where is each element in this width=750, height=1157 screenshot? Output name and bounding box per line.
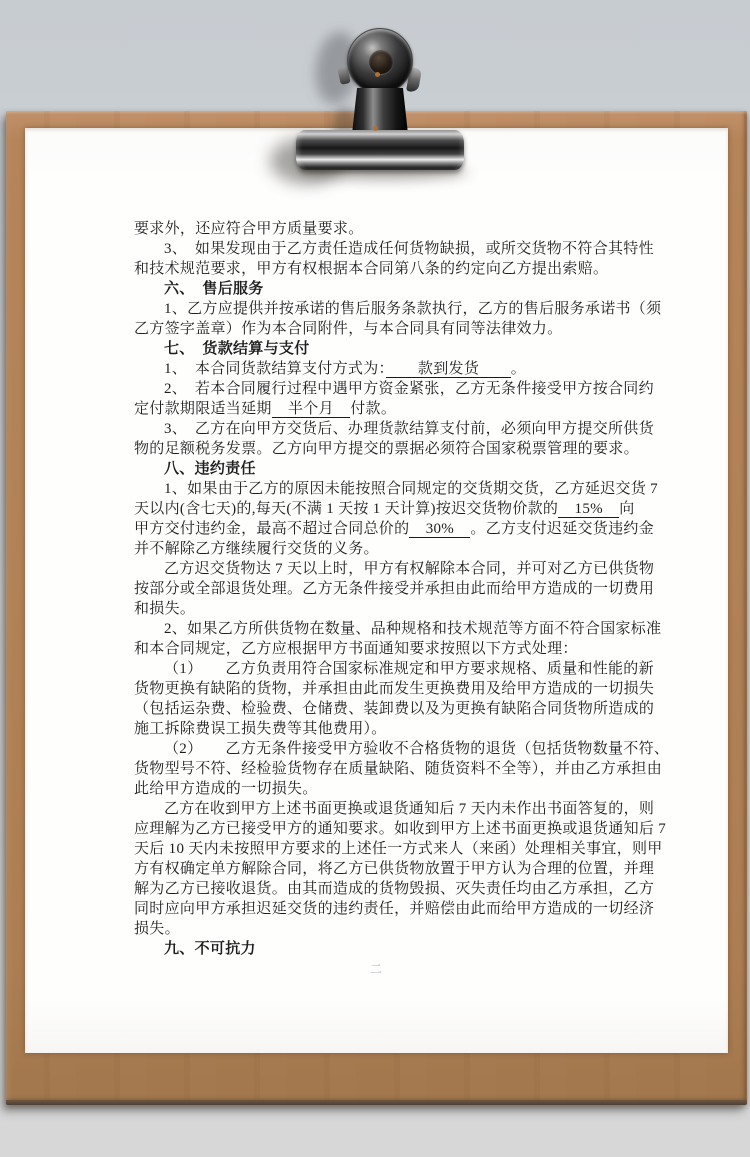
line-text: 同时应向甲方承担迟延交货的违约责任，并赔偿由此而给甲方造成的一切经济 [134,901,654,917]
line-text: （1） 乙方负责用符合国家标准规定和甲方要求规格、质量和性能的新 [164,661,654,677]
line-text: 解为乙方已接收退货。由其而造成的货物毁损、灭失责任均由乙方承担，乙方 [134,881,654,897]
document-line: 六、 售后服务 [134,279,654,299]
line-text: 七、 货款结算与支付 [164,341,310,357]
document-line: 按部分或全部退货处理。乙方无条件接受并承担由此而给甲方造成的一切费用 [134,579,654,599]
line-text: 3、 如果发现由于乙方责任造成任何货物缺损，或所交货物不符合其特性 [164,241,654,257]
document-line: 1、如果由于乙方的原因未能按照合同规定的交货期交货，乙方延迟交货 7 [134,479,654,499]
document-line: 定付款期限适当延期 半个月 付款。 [134,399,654,419]
document-line: 2、 若本合同履行过程中遇甲方资金紧张，乙方无条件接受甲方按合同约 [134,379,654,399]
contract-page: 要求外，还应符合甲方质量要求。3、 如果发现由于乙方责任造成任何货物缺损，或所交… [25,128,728,1053]
filled-blank: 30% [409,521,470,538]
document-line: 方有权确定单方解除合同，将乙方已供货物放置于甲方认为合理的位置，并理 [134,859,654,879]
line-text: 六、 售后服务 [164,281,264,297]
document-line: （1） 乙方负责用符合国家标准规定和甲方要求规格、质量和性能的新 [134,659,654,679]
line-text: 2、如果乙方所供货物在数量、品种规格和技术规范等方面不符合国家标准 [164,621,661,637]
line-text: 按部分或全部退货处理。乙方无条件接受并承担由此而给甲方造成的一切费用 [134,581,654,597]
line-text: 物的足额税务发票。乙方向甲方提交的票据必须符合国家税票管理的要求。 [134,441,639,457]
document-line: 2、如果乙方所供货物在数量、品种规格和技术规范等方面不符合国家标准 [134,619,654,639]
line-text: 乙方签字盖章）作为本合同附件，与本合同具有同等法律效力。 [134,321,562,337]
document-line: 此给甲方造成的一切损失。 [134,779,654,799]
line-text: 天后 10 天内未按照甲方要求的上述任一方式来人（来函）处理相关事宜，则甲 [134,841,663,857]
document-line: 1、乙方应提供并按承诺的售后服务条款执行，乙方的售后服务承诺书（须 [134,299,654,319]
document-line: 七、 货款结算与支付 [134,339,654,359]
line-text: 应理解为乙方已接受甲方的通知要求。如收到甲方上述书面更换或退货通知后 7 [134,821,666,837]
line-text: 和技术规范要求，甲方有权根据本合同第八条的约定向乙方提出索赔。 [134,261,608,277]
line-text: 八、违约责任 [164,461,256,477]
line-text: 方有权确定单方解除合同，将乙方已供货物放置于甲方认为合理的位置，并理 [134,861,654,877]
document-line: 乙方签字盖章）作为本合同附件，与本合同具有同等法律效力。 [134,319,654,339]
filled-blank: 款到发货 [386,361,510,378]
document-line: 八、违约责任 [134,459,654,479]
line-text: 货物型号不符、经检验货物存在质量缺陷、随货资料不全等），并由乙方承担由 [134,761,662,777]
document-line: 解为乙方已接收退货。由其而造成的货物毁损、灭失责任均由乙方承担，乙方 [134,879,654,899]
filled-blank: 半个月 [272,401,351,418]
document-line: 3、 乙方在向甲方交货后、办理货款结算支付前，必须向甲方提交所供货 [134,419,654,439]
line-text: 付款。 [350,401,396,417]
document-line: 乙方迟交货物达 7 天以上时，甲方有权解除本合同，并可对乙方已供货物 [134,559,654,579]
line-text: 。 [511,361,526,377]
binder-clip-glint [375,72,380,77]
line-text: 。乙方支付迟延交货违约金 [470,521,654,537]
document-line: 和本合同规定，乙方应根据甲方书面通知要求按照以下方式处理： [134,639,654,659]
line-text: 乙方在收到甲方上述书面更换或退货通知后 7 天内未作出书面答复的，则 [164,801,654,817]
document-line: 损失。 [134,919,654,939]
line-text: 货物更换有缺陷的货物，并承担由此而发生更换费用及给甲方造成的一切损失 [134,681,654,697]
binder-clip-neck [352,88,408,134]
line-text: 甲方交付违约金，最高不超过合同总价的 [134,521,409,537]
document-line: 3、 如果发现由于乙方责任造成任何货物缺损，或所交货物不符合其特性 [134,239,654,259]
line-text: 和损失。 [134,601,195,617]
line-text: 乙方迟交货物达 7 天以上时，甲方有权解除本合同，并可对乙方已供货物 [164,561,654,577]
document-line: 并不解除乙方继续履行交货的义务。 [134,539,654,559]
line-text: 2、 若本合同履行过程中遇甲方资金紧张，乙方无条件接受甲方按合同约 [164,381,654,397]
line-text: （2） 乙方无条件接受甲方验收不合格货物的退货（包括货物数量不符、 [164,741,669,757]
binder-clip-glint [373,126,378,131]
document-line: 乙方在收到甲方上述书面更换或退货通知后 7 天内未作出书面答复的，则 [134,799,654,819]
document-line: 同时应向甲方承担迟延交货的违约责任，并赔偿由此而给甲方造成的一切经济 [134,899,654,919]
page-number: 二 [25,960,728,977]
document-line: 和技术规范要求，甲方有权根据本合同第八条的约定向乙方提出索赔。 [134,259,654,279]
filled-blank: 15% [558,501,619,518]
line-text: 向 [619,501,634,517]
line-text: 损失。 [134,921,180,937]
document-line: 应理解为乙方已接受甲方的通知要求。如收到甲方上述书面更换或退货通知后 7 [134,819,654,839]
line-text: 要求外，还应符合甲方质量要求。 [134,221,364,237]
line-text: 1、如果由于乙方的原因未能按照合同规定的交货期交货，乙方延迟交货 7 [164,481,658,497]
document-line: 九、不可抗力 [134,939,654,959]
line-text: （包括运杂费、检验费、仓储费、装卸费以及为更换有缺陷合同货物所造成的 [134,701,654,717]
line-text: 定付款期限适当延期 [134,401,272,417]
line-text: 1、 本合同货款结算支付方式为： [164,361,386,377]
line-text: 1、乙方应提供并按承诺的售后服务条款执行，乙方的售后服务承诺书（须 [164,301,661,317]
line-text: 九、不可抗力 [164,941,256,957]
line-text: 此给甲方造成的一切损失。 [134,781,318,797]
line-text: 天以内(含七天)的,每天(不满 1 天按 1 天计算)按迟交货物价款的 [134,501,558,517]
document-text: 要求外，还应符合甲方质量要求。3、 如果发现由于乙方责任造成任何货物缺损，或所交… [134,219,654,959]
line-text: 3、 乙方在向甲方交货后、办理货款结算支付前，必须向甲方提交所供货 [164,421,654,437]
line-text: 并不解除乙方继续履行交货的义务。 [134,541,379,557]
document-line: 货物型号不符、经检验货物存在质量缺陷、随货资料不全等），并由乙方承担由 [134,759,654,779]
document-line: 1、 本合同货款结算支付方式为： 款到发货 。 [134,359,654,379]
document-line: 物的足额税务发票。乙方向甲方提交的票据必须符合国家税票管理的要求。 [134,439,654,459]
document-line: 要求外，还应符合甲方质量要求。 [134,219,654,239]
binder-clip-hole [369,50,393,74]
document-line: 货物更换有缺陷的货物，并承担由此而发生更换费用及给甲方造成的一切损失 [134,679,654,699]
document-line: 天以内(含七天)的,每天(不满 1 天按 1 天计算)按迟交货物价款的 15% … [134,499,654,519]
line-text: 施工拆除费误工损失费等其他费用）。 [134,721,387,737]
document-line: （2） 乙方无条件接受甲方验收不合格货物的退货（包括货物数量不符、 [134,739,654,759]
document-line: 天后 10 天内未按照甲方要求的上述任一方式来人（来函）处理相关事宜，则甲 [134,839,654,859]
clipboard-bottom-rim [6,1100,747,1105]
document-line: 和损失。 [134,599,654,619]
line-text: 和本合同规定，乙方应根据甲方书面通知要求按照以下方式处理： [134,641,578,657]
document-line: 施工拆除费误工损失费等其他费用）。 [134,719,654,739]
document-line: 甲方交付违约金，最高不超过合同总价的 30% 。乙方支付迟延交货违约金 [134,519,654,539]
document-line: （包括运杂费、检验费、仓储费、装卸费以及为更换有缺陷合同货物所造成的 [134,699,654,719]
binder-clip-bar [296,130,464,170]
